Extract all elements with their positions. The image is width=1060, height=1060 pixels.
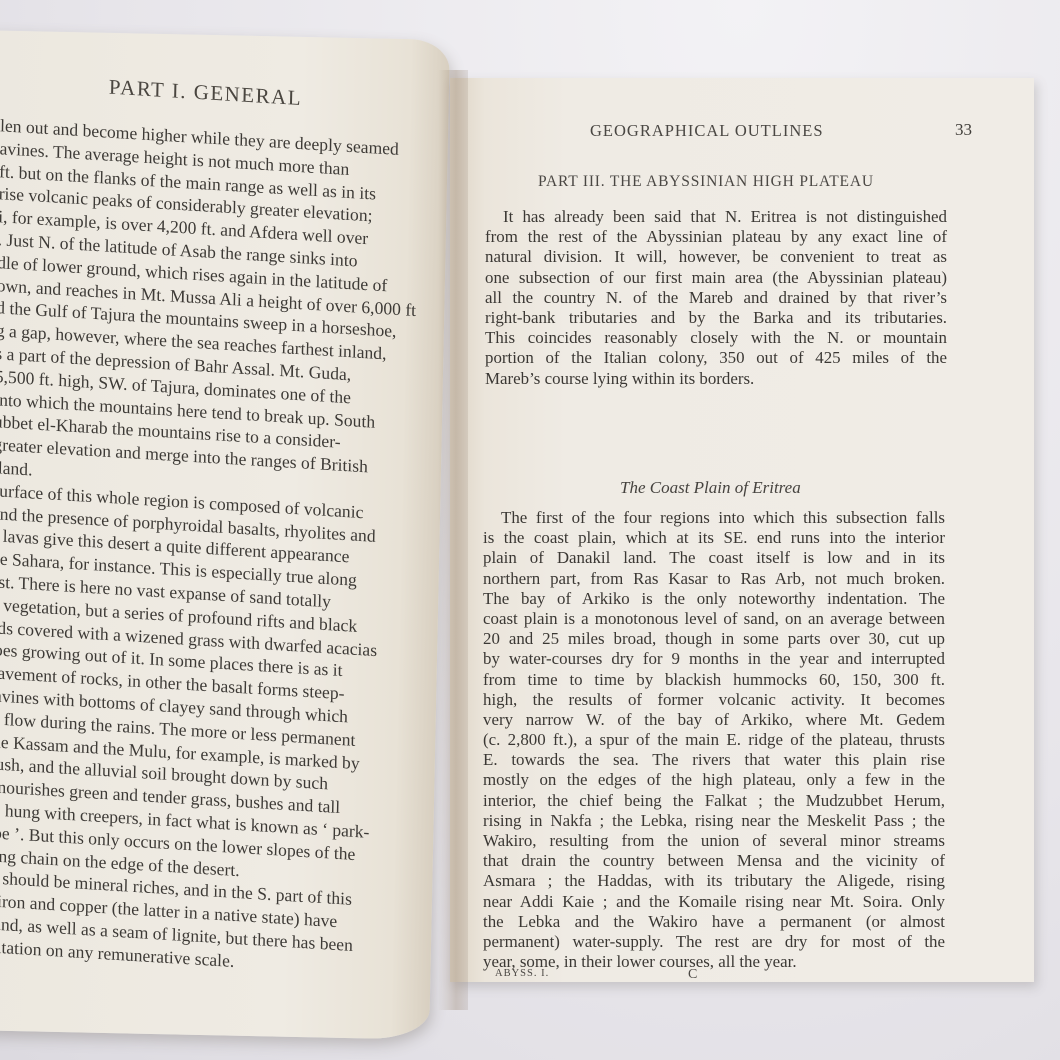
text-line: the Lebka and the Wakiro have a permanen…: [483, 912, 945, 932]
left-page-body: len out and become higher while they are…: [0, 114, 420, 982]
intro-paragraph: It has already been said that N. Eritrea…: [485, 207, 947, 389]
text-line: high, the results of former volcanic act…: [483, 690, 945, 710]
text-line: plain of Danakil land. The coast itself …: [483, 548, 945, 568]
text-line: mostly on the edges of the high plateau,…: [483, 770, 945, 790]
book-gutter-shadow: [438, 70, 468, 1010]
left-page: PART I. GENERAL len out and become highe…: [0, 30, 450, 1040]
text-line: portion of the Italian colony, 350 out o…: [485, 348, 947, 368]
page-number: 33: [955, 120, 972, 140]
text-line: This coincides reasonably closely with t…: [485, 328, 947, 348]
text-line: Wakiro, resulting from the union of seve…: [483, 831, 945, 851]
text-line: The bay of Arkiko is the only noteworthy…: [483, 589, 945, 609]
text-line: year, some, in their lower courses, all …: [483, 952, 945, 972]
text-line: is the coast plain, which at its SE. end…: [483, 528, 945, 548]
text-line: that drain the country between Mensa and…: [483, 851, 945, 871]
text-line: from the rest of the Abyssinian plateau …: [485, 227, 947, 247]
section-title: The Coast Plain of Eritrea: [620, 478, 801, 498]
right-running-head: GEOGRAPHICAL OUTLINES: [590, 121, 824, 141]
text-line: rising in Nakfa ; the Lebka, rising near…: [483, 811, 945, 831]
text-line: The first of the four regions into which…: [483, 508, 945, 528]
coast-plain-paragraph: The first of the four regions into which…: [483, 508, 945, 972]
text-line: Mareb’s course lying within its borders.: [485, 369, 947, 389]
text-line: right-bank tributaries and by the Barka …: [485, 308, 947, 328]
signature-mark: C: [688, 967, 697, 983]
signature-line: ABYSS. I.: [495, 968, 549, 979]
text-line: E. towards the sea. The rivers that wate…: [483, 750, 945, 770]
right-page: GEOGRAPHICAL OUTLINES 33 PART III. THE A…: [450, 78, 1034, 982]
text-line: It has already been said that N. Eritrea…: [485, 207, 947, 227]
text-line: Asmara ; the Haddas, with its tributary …: [483, 871, 945, 891]
text-line: near Addi Kaie ; and the Komaile rising …: [483, 892, 945, 912]
text-line: from time to time by blackish hummocks 6…: [483, 670, 945, 690]
text-line: northern part, from Ras Kasar to Ras Arb…: [483, 569, 945, 589]
text-line: 20 and 25 miles broad, though in some pa…: [483, 629, 945, 649]
left-running-head: PART I. GENERAL: [109, 75, 439, 120]
text-line: one subsection of our first main area (t…: [485, 268, 947, 288]
text-line: permanent) water-supply. The rest are dr…: [483, 932, 945, 952]
text-line: coast plain is a monotonous level of san…: [483, 609, 945, 629]
text-line: very narrow W. of the bay of Arkiko, whe…: [483, 710, 945, 730]
text-line: by water-courses dry for 9 months in the…: [483, 649, 945, 669]
text-line: interior, the chief being the Falkat ; t…: [483, 791, 945, 811]
text-line: (c. 2,800 ft.), a spur of the main E. ri…: [483, 730, 945, 750]
text-line: all the country N. of the Mareb and drai…: [485, 288, 947, 308]
text-line: natural division. It will, however, be c…: [485, 247, 947, 267]
part-heading: PART III. THE ABYSSINIAN HIGH PLATEAU: [538, 173, 874, 191]
